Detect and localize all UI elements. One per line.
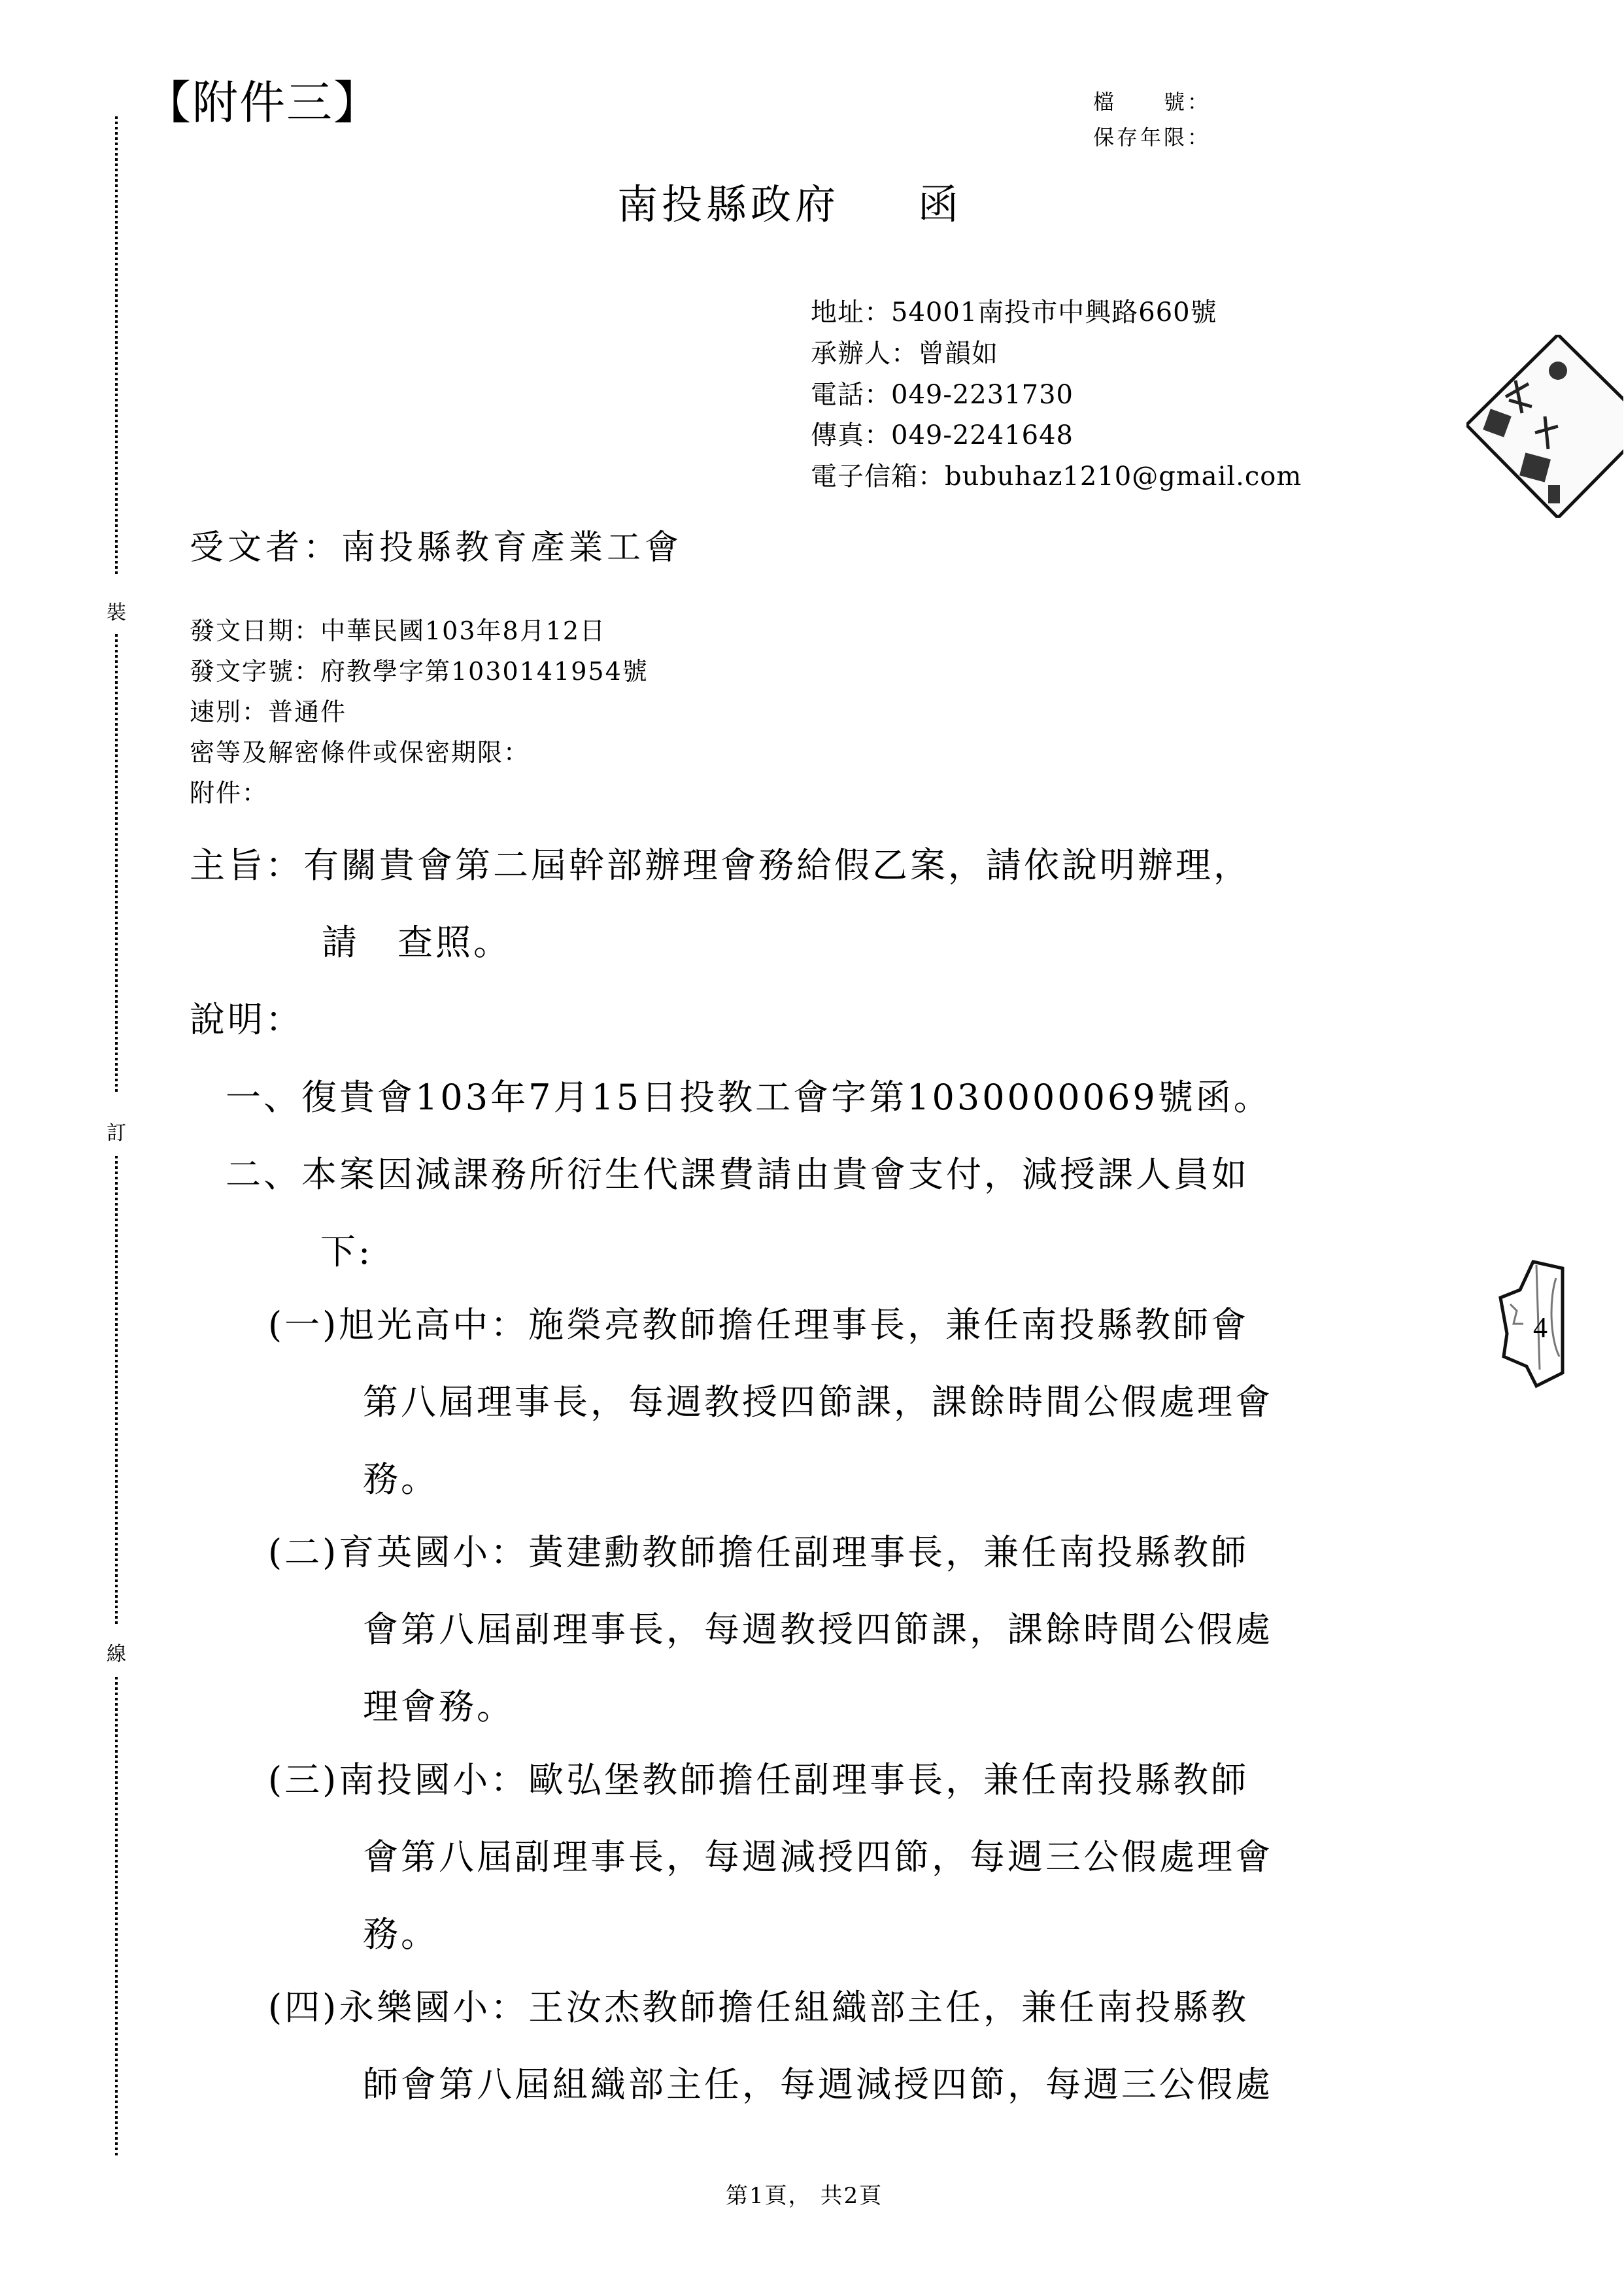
document-number: 發文字號：府教學字第1030141954號 (190, 659, 649, 684)
sub-item-4-line-1: (四)永樂國小：王汝杰教師擔任組織部主任，兼任南投縣教 (268, 1990, 1249, 2025)
explanation-item-2-line-2: 下: (320, 1234, 373, 1270)
recipient: 受文者：南投縣教育產業工會 (190, 531, 683, 565)
issue-date: 發文日期：中華民國103年8月12日 (190, 618, 606, 643)
sub-item-3-line-3: 務。 (363, 1917, 439, 1952)
binding-margin-line-mid1 (115, 634, 118, 1092)
delivery-speed: 速別：普通件 (190, 700, 347, 724)
binding-margin-line-mid2 (115, 1156, 118, 1627)
explanation-item-1: 一、復貴會103年7月15日投教工會字第1030000069號函。 (226, 1080, 1272, 1115)
binding-margin-line-bottom (115, 1677, 118, 2157)
sub-item-1-line-2: 第八屆理事長，每週教授四節課，課餘時間公假處理會 (363, 1385, 1273, 1420)
sub-item-3-line-2: 會第八屆副理事長，每週減授四節，每週三公假處理會 (363, 1840, 1273, 1875)
retention-period-label: 保存年限： (1093, 127, 1211, 148)
margin-label-zhuang: 裝 (107, 596, 126, 625)
contact-fax: 傳真：049-2241648 (811, 422, 1074, 448)
sub-item-2-line-1: (二)育英國小：黃建勳教師擔任副理事長，兼任南投縣教師 (268, 1535, 1249, 1570)
sub-item-3-line-1: (三)南投國小：歐弘堡教師擔任副理事長，兼任南投縣教師 (268, 1763, 1249, 1798)
margin-label-ding: 訂 (107, 1117, 126, 1145)
sub-item-4-line-2: 師會第八屆組織部主任，每週減授四節，每週三公假處 (363, 2067, 1273, 2102)
contact-address: 地址：54001南投市中興路660號 (811, 299, 1217, 326)
contact-phone: 電話：049-2231730 (811, 382, 1074, 408)
sub-item-2-line-2: 會第八屆副理事長，每週教授四節課，課餘時間公假處 (363, 1612, 1273, 1647)
attachments: 附件： (190, 781, 268, 805)
binding-margin-line-top (115, 116, 118, 574)
seal-stamp-icon (1466, 335, 1623, 518)
subject-line-2: 請 查照。 (322, 925, 511, 960)
file-number-label: 檔 號： (1093, 92, 1211, 112)
confidentiality: 密等及解密條件或保密期限： (190, 740, 530, 765)
explanation-heading: 說明： (190, 1002, 303, 1037)
sub-item-1-line-3: 務。 (363, 1462, 439, 1497)
attachment-label: 【附件三】 (145, 80, 381, 126)
svg-text:4: 4 (1533, 1311, 1548, 1343)
explanation-item-2-line-1: 二、本案因減課務所衍生代課費請由貴會支付，減授課人員如 (226, 1157, 1249, 1192)
perforation-stamp-icon: 4 (1497, 1258, 1576, 1396)
side-perforation-stamp: 4 (1497, 1258, 1576, 1396)
document-type: 函 (918, 180, 962, 228)
official-seal-stamp (1466, 335, 1623, 518)
document-title: 南投縣政府函 (617, 184, 962, 225)
contact-handler: 承辦人：曾韻如 (811, 341, 998, 367)
subject-line-1: 主旨：有關貴會第二屆幹部辦理會務給假乙案，請依說明辦理， (190, 848, 1251, 883)
margin-label-xian: 線 (107, 1638, 126, 1666)
contact-email: 電子信箱：bubuhaz1210@gmail.com (811, 464, 1302, 490)
agency-name: 南投縣政府 (617, 180, 839, 228)
sub-item-1-line-1: (一)旭光高中：施榮亮教師擔任理事長，兼任南投縣教師會 (268, 1307, 1249, 1343)
page-number: 第1頁， 共2頁 (726, 2185, 883, 2207)
sub-item-2-line-3: 理會務。 (363, 1689, 515, 1725)
